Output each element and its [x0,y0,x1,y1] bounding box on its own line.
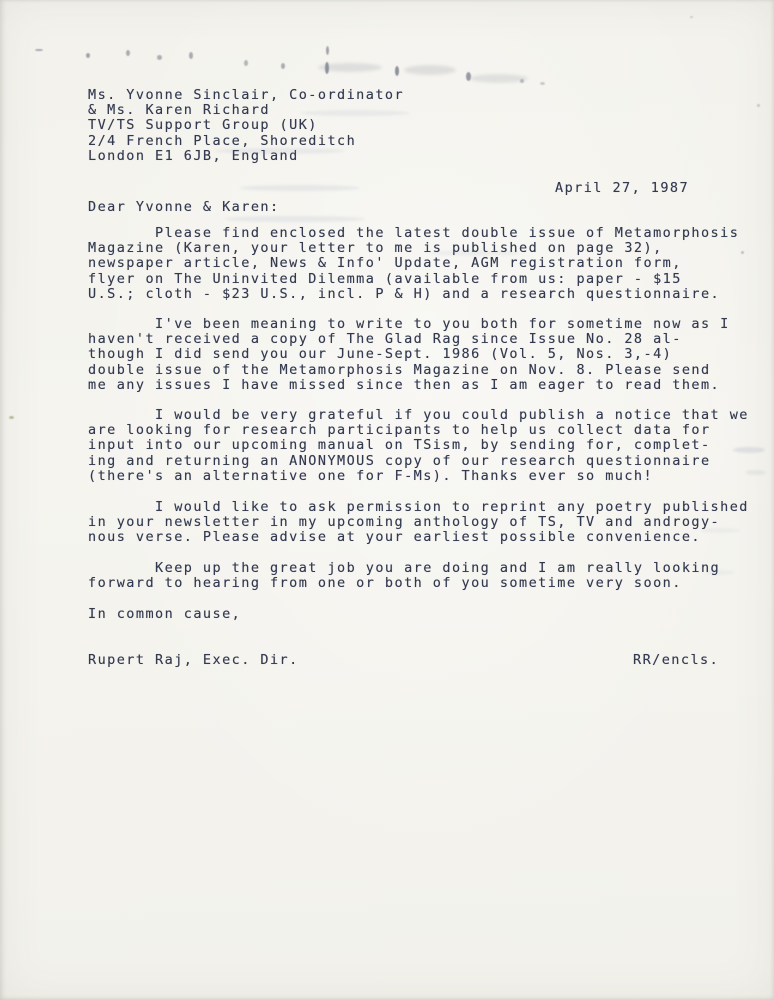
recipient-address: Ms. Yvonne Sinclair, Co-ordinator & Ms. … [88,88,404,164]
bleedthrough-ghost [240,185,360,191]
ink-smudge [157,55,162,60]
ink-smudge [466,72,471,81]
ink-smudge [395,66,399,76]
paper-speck [35,49,43,51]
paragraph-4: I would like to ask permission to reprin… [88,500,749,546]
paper-speck [757,104,760,107]
smudge-wash [318,63,382,72]
salutation: Dear Yvonne & Karen: [88,200,280,215]
paper-speck [690,16,693,18]
typist-reference: RR/encls. [633,653,719,668]
bleedthrough-ghost [746,470,766,475]
smudge-wash [470,74,528,83]
paper-speck [741,251,744,254]
paper-speck [9,416,14,419]
paragraph-2: I've been meaning to write to you both f… [88,317,730,393]
ink-smudge [189,52,193,59]
letter-page: Ms. Yvonne Sinclair, Co-ordinator & Ms. … [0,0,774,1000]
smudge-wash [404,65,456,75]
ink-smudge [86,53,90,58]
ink-smudge [326,46,329,55]
signature-name: Rupert Raj, Exec. Dir. [88,653,299,668]
paragraph-1: Please find enclosed the latest double i… [88,226,739,302]
ink-smudge [325,62,329,74]
ink-smudge [126,50,130,56]
bleedthrough-ghost [225,216,365,222]
ink-smudge [520,79,524,83]
ink-smudge [281,63,285,69]
closing: In common cause, [88,607,241,622]
date-line: April 27, 1987 [555,181,689,196]
ink-smudge [540,82,545,85]
ink-smudge [244,60,248,66]
paragraph-3: I would be very grateful if you could pu… [88,408,749,484]
paragraph-5: Keep up the great job you are doing and … [88,561,720,591]
